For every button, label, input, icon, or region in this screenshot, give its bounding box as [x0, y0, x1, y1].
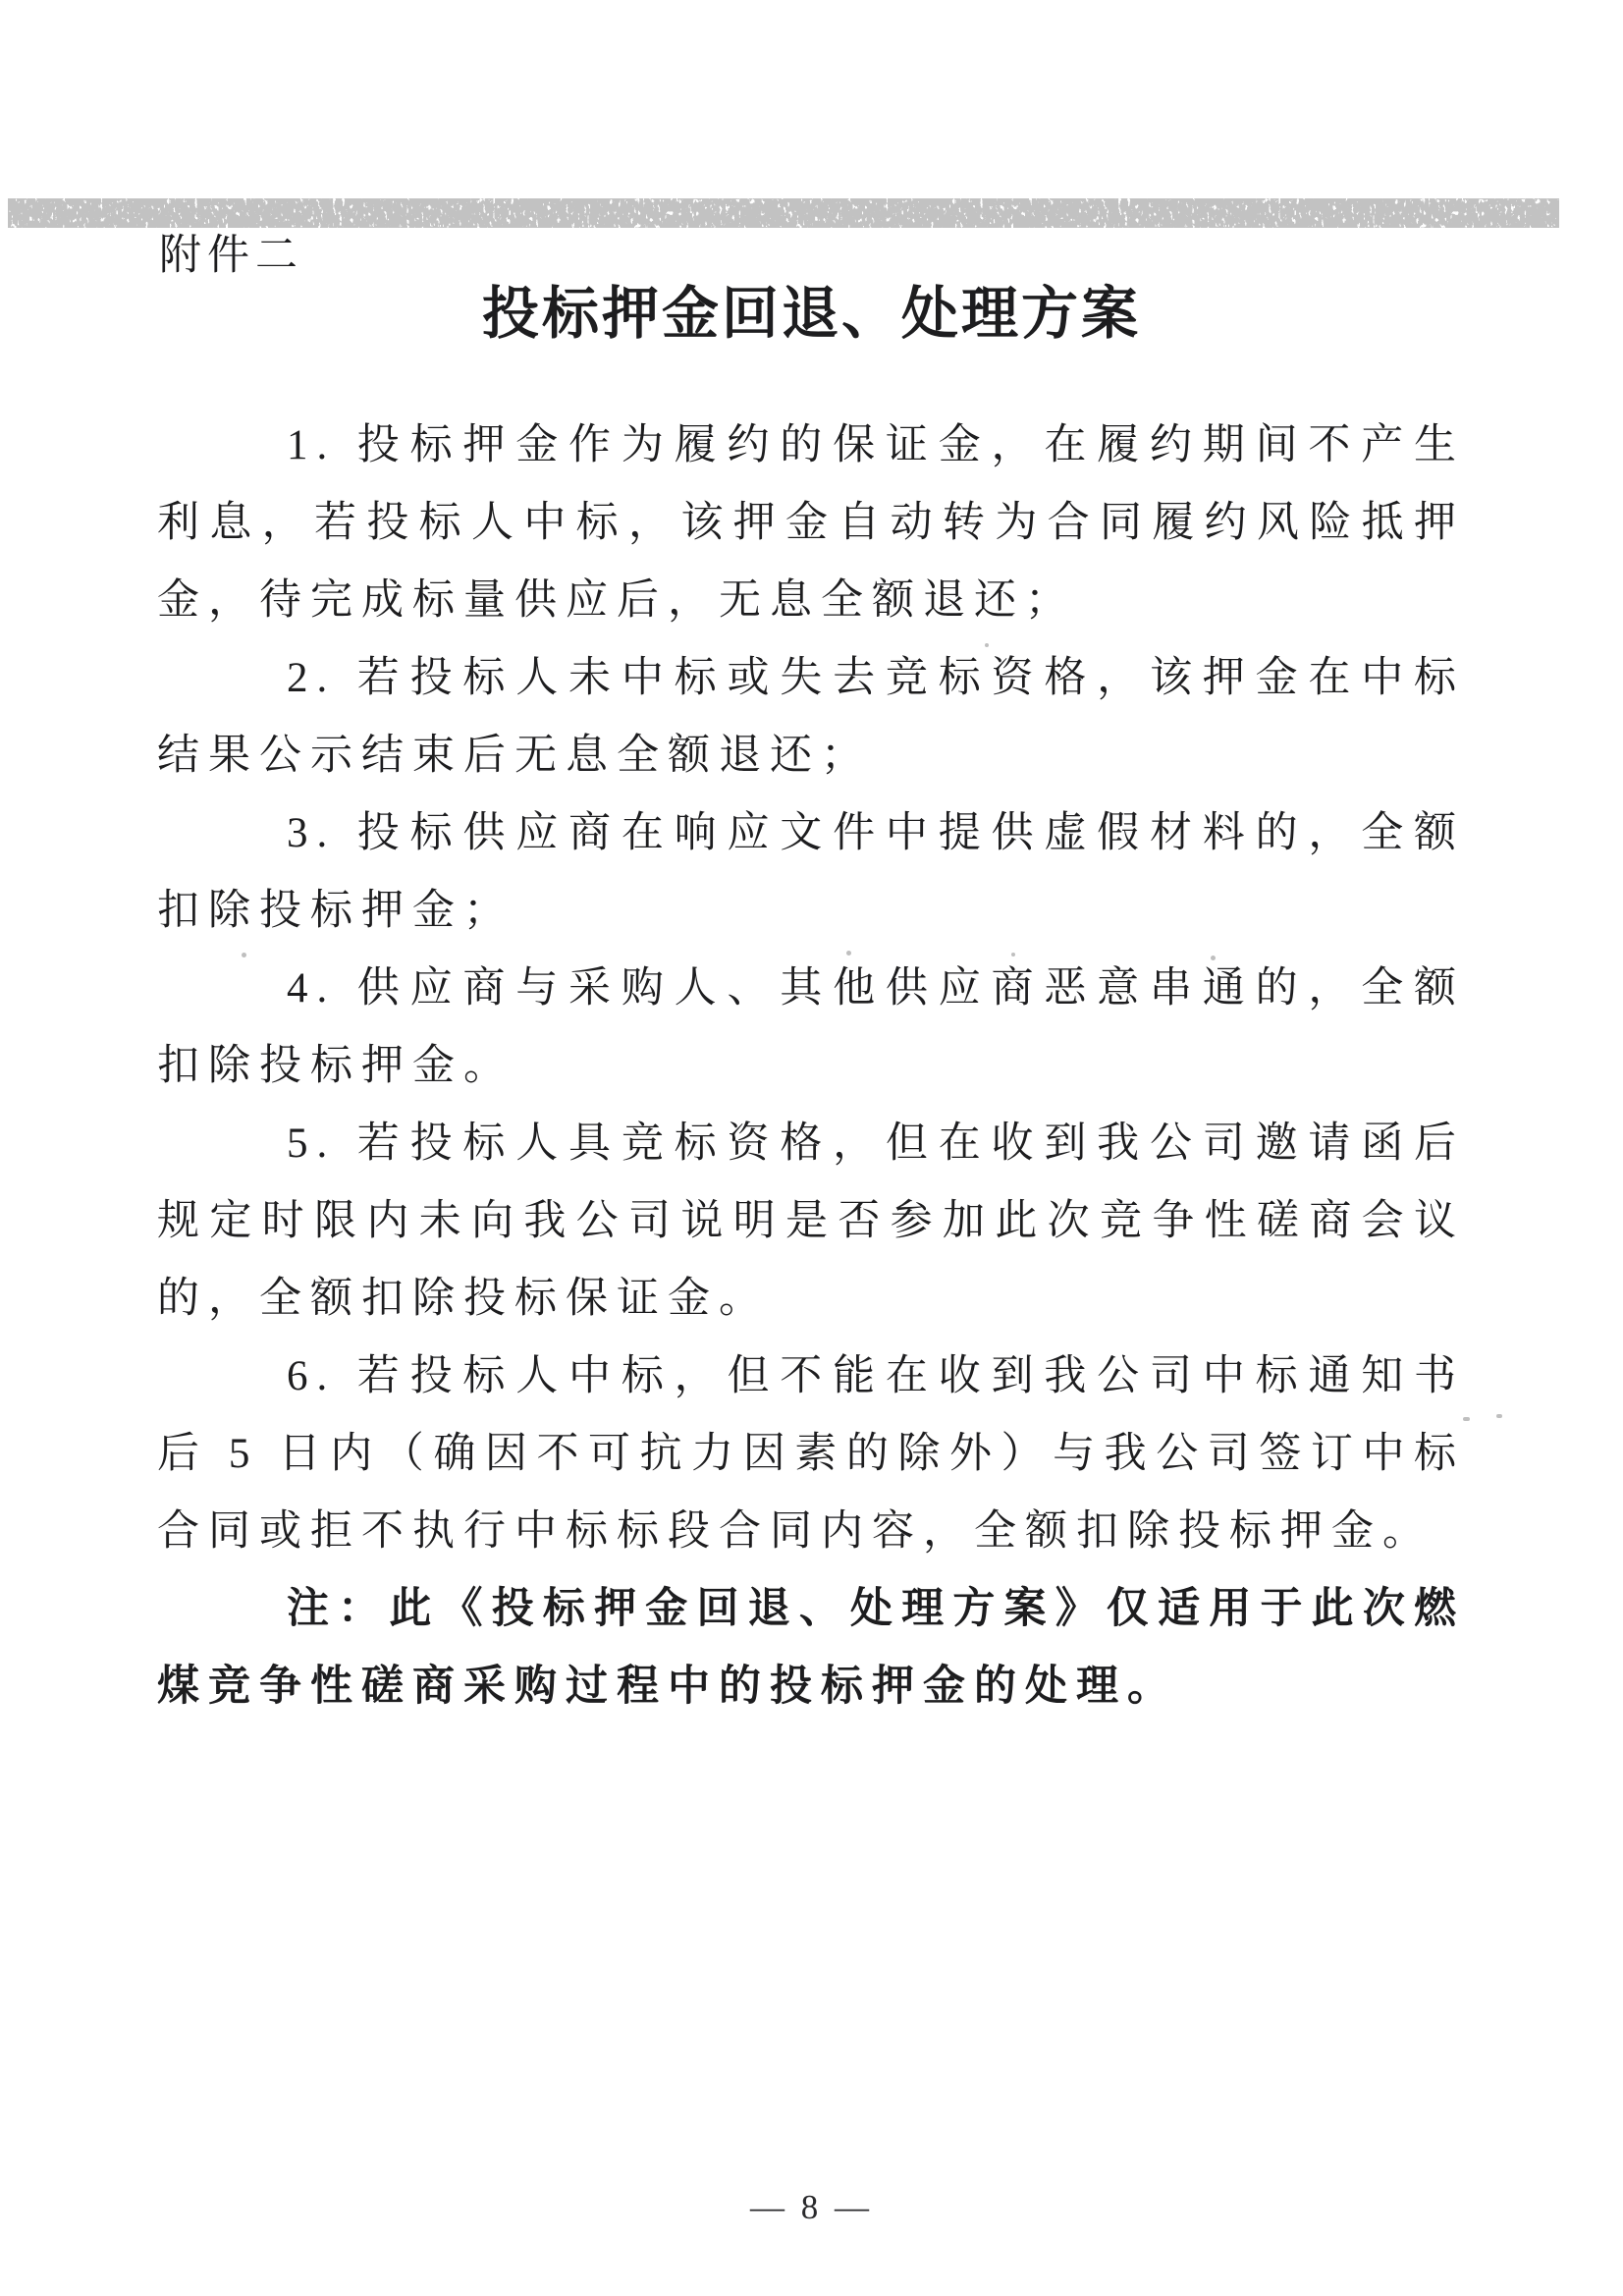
paragraph-4: 4. 供应商与采购人、其他供应商恶意串通的，全额扣除投标押金。 [157, 950, 1465, 1105]
paragraph-5: 5. 若投标人具竞标资格，但在收到我公司邀请函后规定时限内未向我公司说明是否参加… [157, 1105, 1465, 1338]
document-page: 附件二 投标押金回退、处理方案 1. 投标押金作为履约的保证金，在履约期间不产生… [0, 0, 1623, 2296]
paragraph-2: 2. 若投标人未中标或失去竞标资格，该押金在中标结果公示结束后无息全额退还； [157, 639, 1465, 794]
paragraph-6: 6. 若投标人中标，但不能在收到我公司中标通知书后 5 日内（确因不可抗力因素的… [157, 1338, 1465, 1570]
scan-speck [1496, 1414, 1502, 1418]
paragraph-3: 3. 投标供应商在响应文件中提供虚假材料的，全额扣除投标押金； [157, 794, 1465, 950]
paragraph-1: 1. 投标押金作为履约的保证金，在履约期间不产生利息，若投标人中标，该押金自动转… [157, 407, 1465, 639]
note-paragraph: 注：此《投标押金回退、处理方案》仅适用于此次燃煤竞争性磋商采购过程中的投标押金的… [157, 1570, 1465, 1725]
page-number: — 8 — [0, 2188, 1623, 2227]
document-body: 1. 投标押金作为履约的保证金，在履约期间不产生利息，若投标人中标，该押金自动转… [157, 407, 1465, 1725]
page-title: 投标押金回退、处理方案 [0, 267, 1623, 350]
